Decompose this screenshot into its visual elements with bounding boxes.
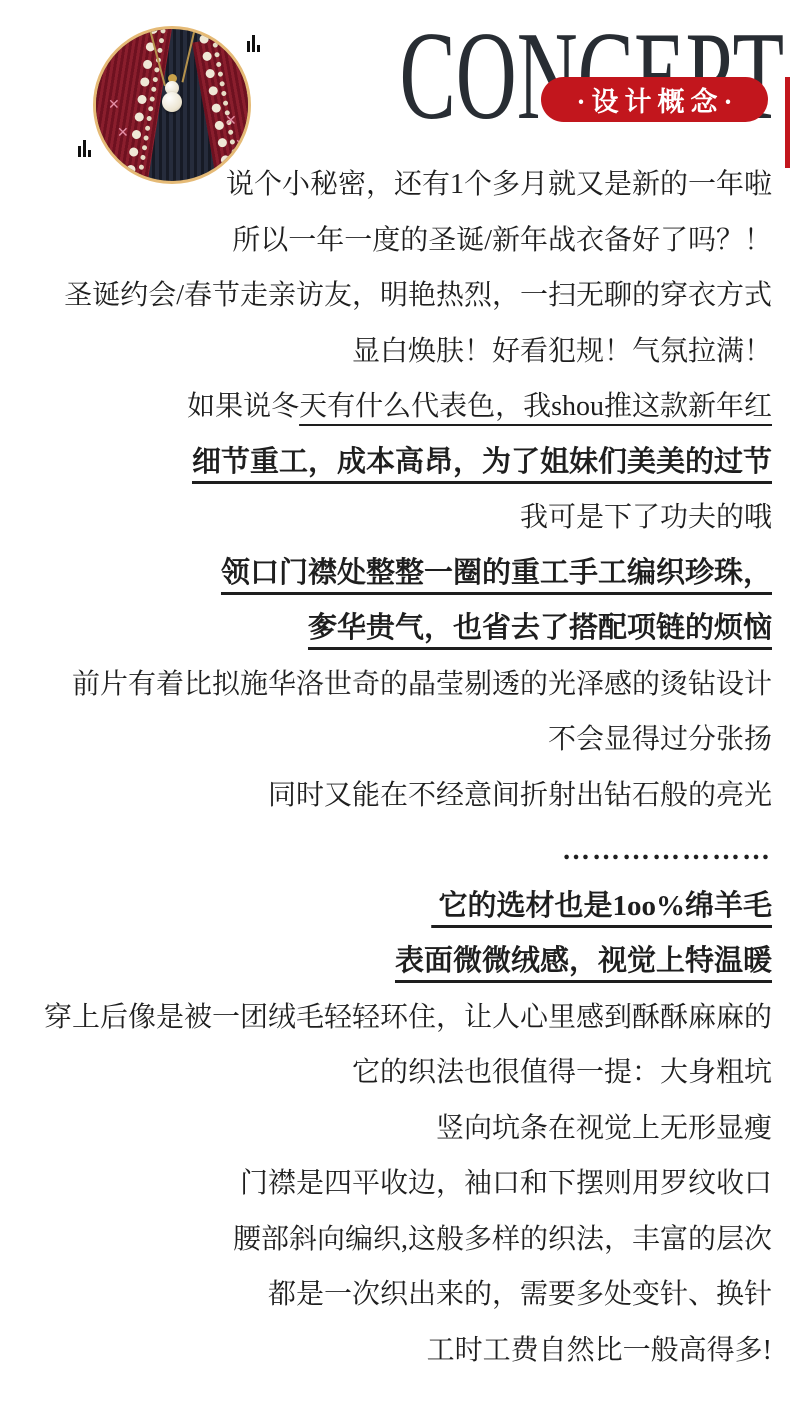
dots-separator: …………………	[0, 823, 790, 879]
text-segment: 它的织法也很值得一提：大身粗坑	[352, 1057, 772, 1088]
text-line: 奓华贵气，也省去了搭配项链的烦恼	[0, 601, 790, 657]
text-segment: 同时又能在不经意间折射出钻石般的亮光	[268, 780, 772, 811]
text-segment: 所以一年一度的圣诞/新年战衣备好了吗？！	[232, 225, 772, 256]
text-block: 说个小秘密，还有1个多月就又是新的一年啦所以一年一度的圣诞/新年战衣备好了吗？！…	[0, 157, 790, 1378]
design-concept-badge: ·设计概念·	[541, 77, 768, 122]
text-segment: 都是一次织出来的，需要多处变针、换针	[268, 1279, 772, 1310]
text-segment: 工时工费自然比一般高得多!	[427, 1335, 772, 1366]
pearl-trim-knit-collar-photo: ✕ ✕ ✕ ✕	[93, 26, 251, 184]
pendant-pearl-large	[162, 92, 182, 112]
text-line: 前片有着比拟施华洛世奇的晶莹剔透的光泽感的烫钻设计	[0, 657, 790, 713]
text-segment: 它的选材也是1oo%绵羊毛	[431, 890, 772, 922]
text-line: 工时工费自然比一般高得多!	[0, 1323, 790, 1379]
text-line: 不会显得过分张扬	[0, 712, 790, 768]
text-segment: 穿上后像是被一团绒毛轻轻环住，让人心里感到酥酥麻麻的	[44, 1002, 772, 1033]
text-segment: 门襟是四平收边，袖口和下摆则用罗纹收口	[240, 1168, 772, 1199]
pink-stitch-cross: ✕	[108, 99, 120, 113]
text-segment: 表面微微绒感，视觉上特温暖	[395, 945, 772, 977]
text-segment: 天有什么代表色，我shou推这款新年红	[299, 391, 772, 422]
text-segment: 竖向坑条在视觉上无形显瘦	[436, 1113, 772, 1144]
text-line: 同时又能在不经意间折射出钻石般的亮光	[0, 768, 790, 824]
text-line: 所以一年一度的圣诞/新年战衣备好了吗？！	[0, 213, 790, 269]
text-segment: 不会显得过分张扬	[548, 724, 772, 755]
text-line: 腰部斜向编织,这般多样的织法，丰富的层次	[0, 1212, 790, 1268]
text-line: 圣诞约会/春节走亲访友，明艳热烈，一扫无聊的穿衣方式	[0, 268, 790, 324]
text-segment: 细节重工，成本高昂，为了姐妹们美美的过节	[192, 446, 772, 478]
text-line: 它的织法也很值得一提：大身粗坑	[0, 1045, 790, 1101]
product-concept-page: CONCEPT ·设计概念· ✕ ✕ ✕ ✕ 说个小秘密，还有1个多月就又是新的…	[0, 0, 790, 1402]
text-line: 竖向坑条在视觉上无形显瘦	[0, 1101, 790, 1157]
text-segment: 显白焕肤！好看犯规！气氛拉满！	[352, 336, 772, 367]
text-line: 都是一次织出来的，需要多处变针、换针	[0, 1267, 790, 1323]
pink-stitch-cross: ✕	[235, 139, 247, 153]
pink-stitch-cross: ✕	[117, 127, 129, 141]
pink-stitch-cross: ✕	[225, 115, 237, 129]
text-line: 领口门襟处整整一圈的重工手工编织珍珠，	[0, 546, 790, 602]
text-segment: 腰部斜向编织,这般多样的织法，丰富的层次	[233, 1224, 772, 1255]
text-segment: 如果说冬	[187, 391, 299, 422]
text-segment: 前片有着比拟施华洛世奇的晶莹剔透的光泽感的烫钻设计	[72, 669, 772, 700]
text-line: 如果说冬天有什么代表色，我shou推这款新年红	[0, 379, 790, 435]
bar-chart-icon	[78, 139, 91, 157]
text-segment: 领口门襟处整整一圈的重工手工编织珍珠，	[221, 557, 772, 589]
bar-chart-icon	[247, 34, 260, 52]
text-line: 穿上后像是被一团绒毛轻轻环住，让人心里感到酥酥麻麻的	[0, 990, 790, 1046]
text-segment: 圣诞约会/春节走亲访友，明艳热烈，一扫无聊的穿衣方式	[64, 280, 772, 311]
text-segment: …………………	[562, 835, 772, 866]
text-line: 表面微微绒感，视觉上特温暖	[0, 934, 790, 990]
text-line: 我可是下了功夫的哦	[0, 490, 790, 546]
ribbon-edge-strip	[785, 77, 790, 168]
text-line: 显白焕肤！好看犯规！气氛拉满！	[0, 324, 790, 380]
text-segment: 说个小秘密，还有1个多月就又是新的一年啦	[226, 169, 772, 200]
text-segment: 我可是下了功夫的哦	[520, 502, 772, 533]
red-knit-band-right	[192, 30, 251, 184]
text-line: 门襟是四平收边，袖口和下摆则用罗纹收口	[0, 1156, 790, 1212]
text-line: 它的选材也是1oo%绵羊毛	[0, 879, 790, 935]
text-line: 细节重工，成本高昂，为了姐妹们美美的过节	[0, 435, 790, 491]
text-segment: 奓华贵气，也省去了搭配项链的烦恼	[308, 612, 772, 644]
